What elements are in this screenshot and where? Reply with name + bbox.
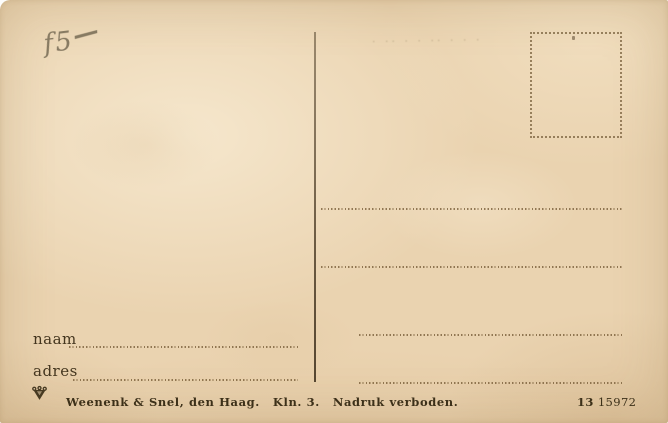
paper-stain: [200, 300, 360, 380]
pencil-price-note: f5—: [42, 19, 136, 70]
address-line-4: [359, 382, 622, 384]
address-line-3: [359, 334, 622, 336]
serial-number-bold: 13: [577, 395, 594, 409]
address-line-1: [321, 208, 622, 210]
paper-stain: [380, 150, 580, 260]
message-address-divider: [314, 32, 316, 382]
scanned-postcard: f5— · ·· · · ·· · · · naam adres: [0, 0, 668, 423]
publisher-imprint: Weenenk & Snel, den Haag.Kln. 3.Nadruk v…: [66, 395, 458, 409]
pencil-price-dash: —: [69, 15, 104, 51]
rights-notice: Nadruk verboden.: [333, 395, 459, 409]
stamp-box: [530, 32, 622, 138]
postcard-back: f5— · ·· · · ·· · · · naam adres: [0, 0, 668, 423]
name-field-line: [69, 346, 298, 348]
address-field-label: adres: [33, 362, 78, 380]
publisher-name: Weenenk & Snel, den Haag.: [66, 395, 260, 409]
faint-offset-marks: · ·· · · ·· · · ·: [372, 33, 522, 52]
address-line-2: [321, 266, 622, 268]
weenenk-snel-monogram-icon: [30, 385, 49, 403]
serial-number: 1315972: [577, 395, 636, 409]
pencil-price-text: f5: [42, 26, 76, 59]
serial-number-plain: 15972: [598, 395, 637, 409]
ink-speck: [572, 36, 575, 40]
paper-stain: [70, 100, 220, 190]
address-field-line: [73, 379, 298, 381]
series-code: Kln. 3.: [273, 395, 320, 409]
